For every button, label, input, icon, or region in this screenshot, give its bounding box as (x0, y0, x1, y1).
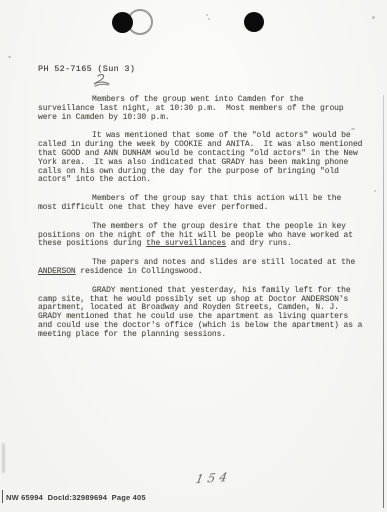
scan-edge-line-right (383, 95, 384, 508)
text-segment: Members of the group say that this actio… (38, 194, 346, 212)
document-body: PH 52-7165 (Sun 3) Members of the group … (38, 64, 364, 350)
text-segment: and dry runs. (226, 239, 292, 248)
typed-paragraph: The papers and notes and slides are stil… (38, 259, 364, 277)
scan-speck (8, 56, 11, 58)
text-segment: It was mentioned that some of the "old a… (38, 131, 367, 184)
scan-speck (374, 190, 376, 192)
file-number-header: PH 52-7165 (Sun 3) (38, 64, 364, 75)
scan-edge-tick-bottom-left (2, 490, 3, 503)
hole-punch-left (112, 12, 133, 33)
text-segment: GRADY mentioned that yesterday, his fami… (38, 286, 367, 339)
scanned-page-background: PH 52-7165 (Sun 3) Members of the group … (0, 0, 387, 512)
scan-speck (208, 18, 210, 20)
hole-punch-right (244, 12, 264, 32)
text-segment: The papers and notes and slides are stil… (92, 258, 360, 267)
text-segment: residence in Collingswood. (76, 267, 203, 276)
typed-paragraph: It was mentioned that some of the "old a… (38, 132, 364, 185)
underlined-text-segment: ANDERSON (38, 267, 76, 276)
handwritten-squiggle-mark (92, 74, 112, 88)
typed-paragraph: Members of the group say that this actio… (38, 195, 364, 213)
underlined-text-segment: the surveillances (146, 239, 226, 248)
text-segment: Members of the group went into Camden fo… (38, 95, 348, 122)
footer-archive-stamp: NW 65994 DocId:32989694 Page 405 (6, 493, 146, 502)
typed-paragraph: The members of the group desire that the… (38, 223, 364, 249)
paragraph-container: Members of the group went into Camden fo… (38, 96, 364, 340)
typed-paragraph: Members of the group went into Camden fo… (38, 96, 364, 122)
scan-speck (206, 14, 208, 16)
margin-smudge (2, 443, 5, 473)
typed-paragraph: GRADY mentioned that yesterday, his fami… (38, 287, 364, 340)
scan-speck (372, 16, 375, 19)
handwritten-page-number: 154 (194, 470, 232, 486)
